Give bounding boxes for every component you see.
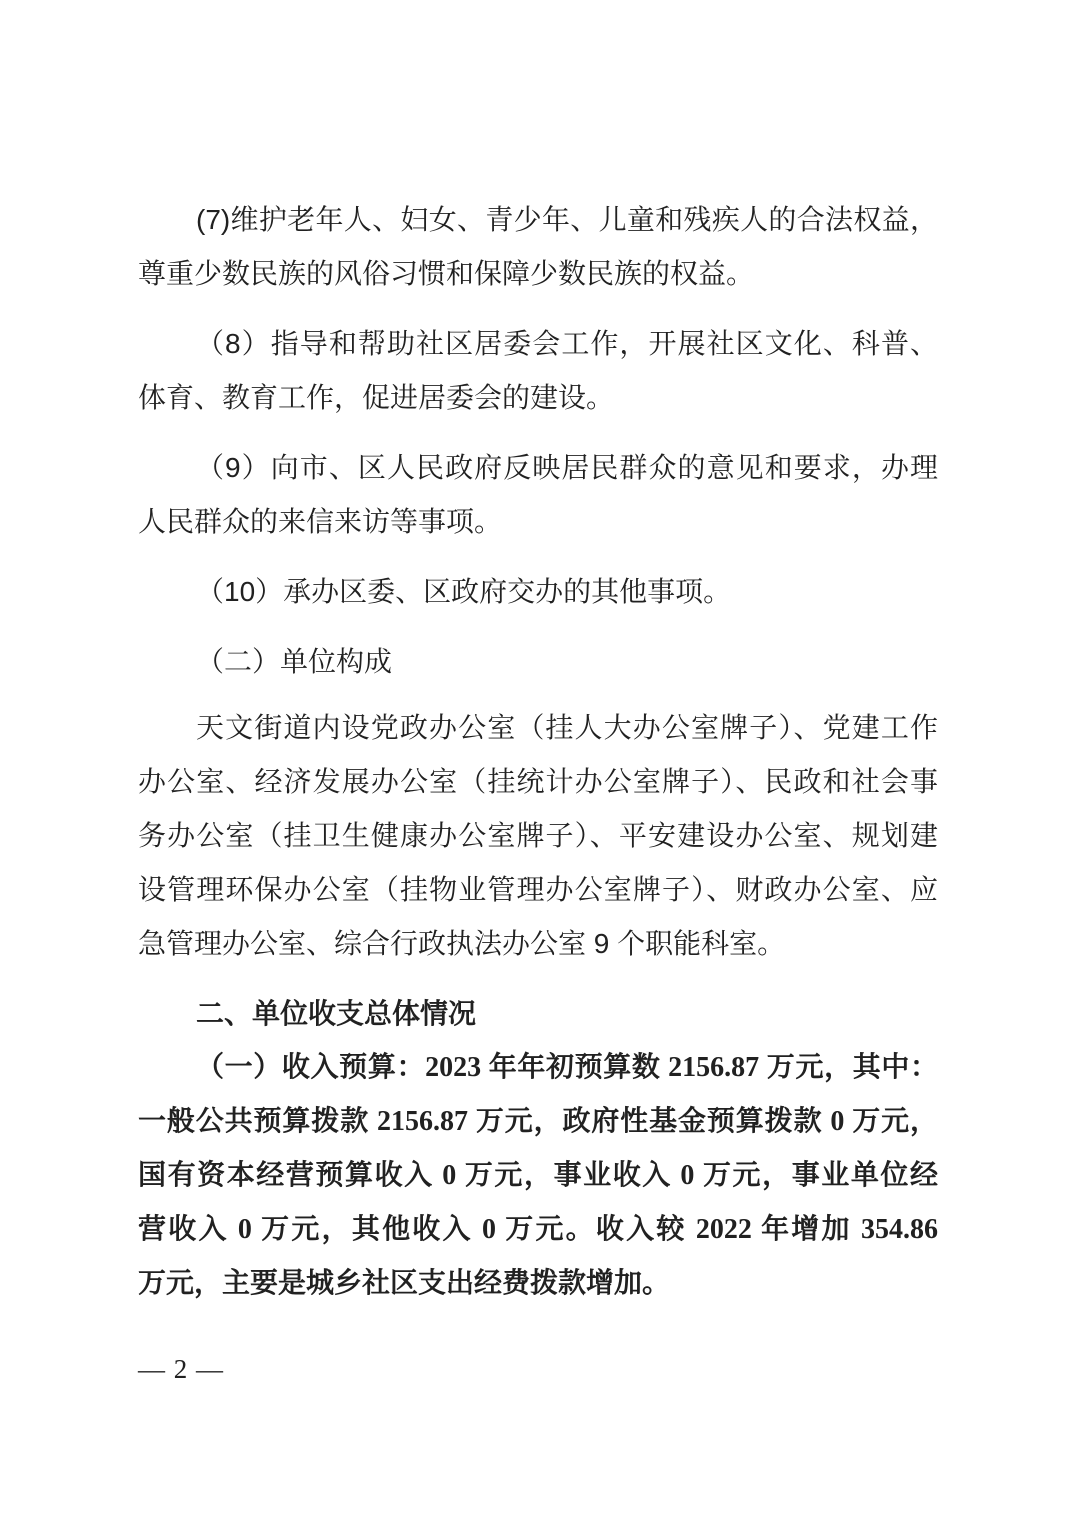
section-heading-revenue-expenditure-overview: 二、单位收支总体情况 xyxy=(138,987,938,1041)
text-line: （9）向市、区人民政府反映居民群众的意见和要求，办理 xyxy=(138,441,938,495)
clause-10-paragraph: （10）承办区委、区政府交办的其他事项。 xyxy=(138,565,938,619)
heading-text: （二）单位构成 xyxy=(138,635,938,689)
text-line: （8）指导和帮助社区居委会工作，开展社区文化、科普、 xyxy=(138,317,938,371)
text-line: （一）收入预算：2023 年年初预算数 2156.87 万元，其中： xyxy=(138,1041,938,1095)
text-line: 国有资本经营预算收入 0 万元，事业收入 0 万元，事业单位经 xyxy=(138,1149,938,1203)
text-line: 万元，主要是城乡社区支出经费拨款增加。 xyxy=(138,1257,938,1311)
heading-text: 二、单位收支总体情况 xyxy=(138,987,938,1041)
text-line: 务办公室（挂卫生健康办公室牌子）、平安建设办公室、规划建 xyxy=(138,809,938,863)
clause-8-paragraph: （8）指导和帮助社区居委会工作，开展社区文化、科普、 体育、教育工作，促进居委会… xyxy=(138,317,938,425)
text-line: 办公室、经济发展办公室（挂统计办公室牌子）、民政和社会事 xyxy=(138,755,938,809)
clause-9-paragraph: （9）向市、区人民政府反映居民群众的意见和要求，办理 人民群众的来信来访等事项。 xyxy=(138,441,938,549)
text-line: (7)维护老年人、妇女、青少年、儿童和残疾人的合法权益， xyxy=(138,193,938,247)
text-line: 一般公共预算拨款 2156.87 万元，政府性基金预算拨款 0 万元， xyxy=(138,1095,938,1149)
document-page: (7)维护老年人、妇女、青少年、儿童和残疾人的合法权益， 尊重少数民族的风俗习惯… xyxy=(0,0,1074,1520)
text-line: 设管理环保办公室（挂物业管理办公室牌子）、财政办公室、应 xyxy=(138,863,938,917)
subsection-heading-unit-composition: （二）单位构成 xyxy=(138,635,938,689)
text-line: 营收入 0 万元，其他收入 0 万元。收入较 2022 年增加 354.86 xyxy=(138,1203,938,1257)
text-line: 尊重少数民族的风俗习惯和保障少数民族的权益。 xyxy=(138,247,938,301)
page-number: — 2 — xyxy=(138,1352,224,1386)
text-line: 体育、教育工作，促进居委会的建设。 xyxy=(138,371,938,425)
document-body: (7)维护老年人、妇女、青少年、儿童和残疾人的合法权益， 尊重少数民族的风俗习惯… xyxy=(138,193,938,1311)
text-line: 天文街道内设党政办公室（挂人大办公室牌子）、党建工作 xyxy=(138,701,938,755)
unit-composition-paragraph: 天文街道内设党政办公室（挂人大办公室牌子）、党建工作 办公室、经济发展办公室（挂… xyxy=(138,701,938,971)
text-line: （10）承办区委、区政府交办的其他事项。 xyxy=(138,565,938,619)
clause-7-paragraph: (7)维护老年人、妇女、青少年、儿童和残疾人的合法权益， 尊重少数民族的风俗习惯… xyxy=(138,193,938,301)
text-line: 人民群众的来信来访等事项。 xyxy=(138,495,938,549)
text-line: 急管理办公室、综合行政执法办公室 9 个职能科室。 xyxy=(138,917,938,971)
income-budget-paragraph: （一）收入预算：2023 年年初预算数 2156.87 万元，其中： 一般公共预… xyxy=(138,1041,938,1311)
